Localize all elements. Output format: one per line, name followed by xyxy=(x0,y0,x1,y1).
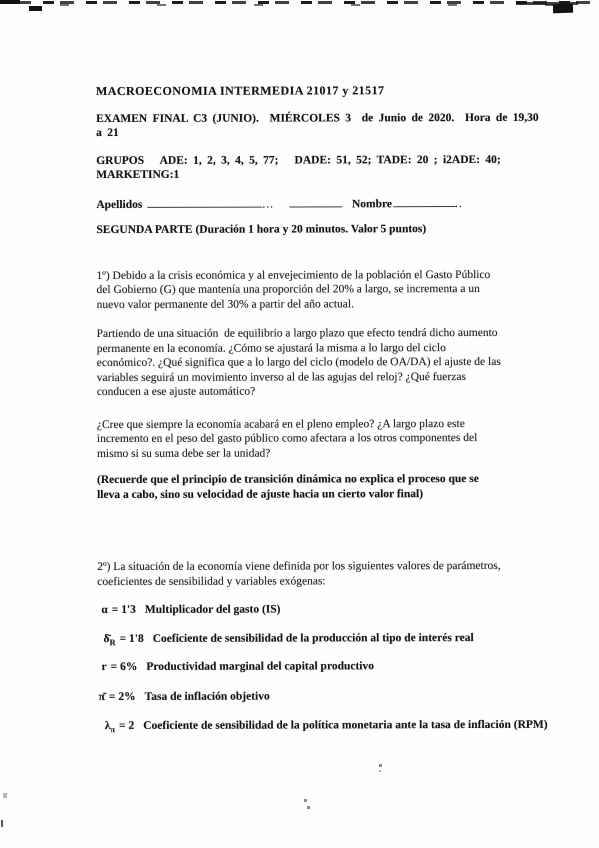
param-description: Coeficiente de sensibilidad de la políti… xyxy=(143,719,547,732)
param-row-lambda-pi: λπ= 2Coeficiente de sensibilidad de la p… xyxy=(98,718,550,737)
groups-line: GRUPOS ADE: 1, 2, 3, 4, 5, 77; DADE: 51,… xyxy=(96,152,548,182)
param-row-pi-target: π̄= 2%Tasa de inflación objetivo xyxy=(98,689,550,708)
surname-blank-line xyxy=(147,196,262,207)
scan-speck xyxy=(1,820,3,827)
dots: ... xyxy=(262,198,274,210)
middle-blank-line xyxy=(289,196,342,207)
question1-bold-note: (Recuerde que el principio de transición… xyxy=(97,472,549,502)
scan-speck xyxy=(307,806,310,809)
param-description: Multiplicador del gasto (IS) xyxy=(145,604,281,616)
param-description: Coeficiente de sensibilidad de la produc… xyxy=(153,632,474,645)
param-description: Productividad marginal del capital produ… xyxy=(146,660,374,673)
param-symbol: α xyxy=(101,604,107,616)
name-fields-row: Apellidos...Nombre.. xyxy=(96,195,548,212)
scan-speck xyxy=(379,764,382,767)
scan-noise-blob xyxy=(553,4,573,14)
dots: .. xyxy=(455,198,463,210)
param-row-delta-r: δ̄R= 1'8Coeficiente de sensibilidad de l… xyxy=(97,631,549,650)
question2-intro: 2º) La situación de la economía viene de… xyxy=(97,559,549,589)
document-content: MACROECONOMIA INTERMEDIA 21017 y 21517 E… xyxy=(96,83,550,737)
param-description: Tasa de inflación objetivo xyxy=(145,691,270,703)
name-label: Nombre xyxy=(352,198,392,210)
param-value: = 2% xyxy=(109,691,136,703)
course-title: MACROECONOMIA INTERMEDIA 21017 y 21517 xyxy=(96,83,548,99)
scan-noise-blob xyxy=(0,0,20,4)
scan-speck xyxy=(304,799,307,802)
scan-speck xyxy=(3,793,7,798)
question1-paragraph-1: 1º) Debido a la crisis económica y al en… xyxy=(96,267,548,312)
scanned-exam-page: MACROECONOMIA INTERMEDIA 21017 y 21517 E… xyxy=(0,0,599,848)
param-row-r: r= 6%Productividad marginal del capital … xyxy=(98,658,550,677)
param-value: = 6% xyxy=(111,660,138,672)
param-value: = 2 xyxy=(119,720,134,732)
surname-label: Apellidos xyxy=(96,198,142,210)
exam-date-line: EXAMEN FINAL C3 (JUNIO). MIÉRCOLES 3 de … xyxy=(96,110,548,140)
param-subscript: π xyxy=(110,724,115,734)
scan-noise-blob xyxy=(29,6,42,11)
param-value: = 1'8 xyxy=(120,633,144,645)
scan-noise-blob xyxy=(516,2,578,5)
question1-paragraph-3: ¿Cree que siempre la economía acabará en… xyxy=(97,416,549,461)
part-heading: SEGUNDA PARTE (Duración 1 hora y 20 minu… xyxy=(96,222,548,238)
param-value: = 1'3 xyxy=(112,604,136,616)
question1-paragraph-2: Partiendo de una situación de equilibrio… xyxy=(97,326,549,400)
param-subscript: R xyxy=(109,637,115,647)
scan-speck xyxy=(379,770,381,772)
name-blank-line xyxy=(393,196,455,207)
param-symbol: r xyxy=(102,661,107,673)
param-symbol: π̄ xyxy=(99,691,105,703)
scan-noise-top-border xyxy=(0,0,599,8)
param-row-alpha: α= 1'3Multiplicador del gasto (IS) xyxy=(97,602,549,621)
